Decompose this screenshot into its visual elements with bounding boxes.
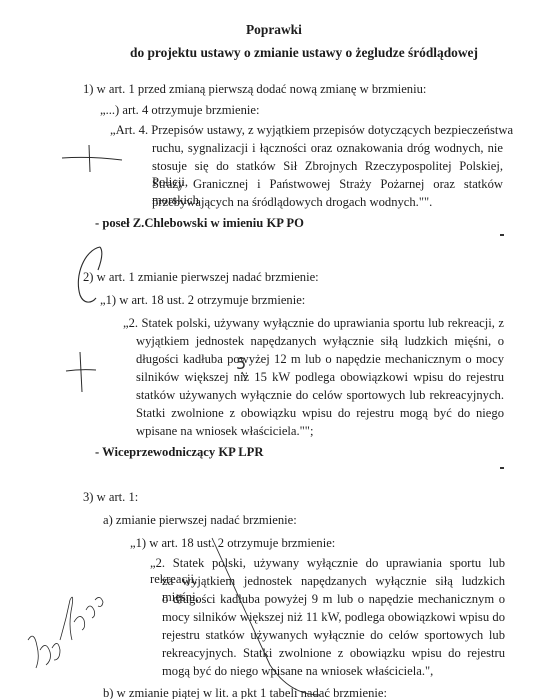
amendment-1-author: - poseł Z.Chlebowski w imieniu KP PO bbox=[95, 215, 304, 231]
document-title: Poprawki bbox=[246, 22, 302, 38]
amendment-3-line: o długości kadłuba powyżej 9 m lub o nap… bbox=[162, 591, 505, 607]
amendment-3-line: rekreacyjnych. Statki zwolnione z obowią… bbox=[162, 645, 505, 661]
amendment-2-intro: 2) w art. 1 zmianie pierwszej nadać brzm… bbox=[83, 269, 319, 285]
amendment-1-line: przebywających na śródlądowych drogach w… bbox=[152, 194, 432, 210]
amendment-1-sub: „...) art. 4 otrzymuje brzmienie: bbox=[100, 102, 259, 118]
amendment-2-line: Statki zwolnione z obowiązku wpisu do re… bbox=[136, 405, 504, 421]
page-dash bbox=[500, 467, 504, 469]
signature-icon bbox=[28, 597, 103, 668]
amendment-3-line: mocy silników większej niż 11 kW, podleg… bbox=[162, 609, 505, 625]
amendment-3-sub: „1) w art. 18 ust. 2 otrzymuje brzmienie… bbox=[130, 535, 335, 551]
amendment-2-line: statków używanych wyłącznie do celów spo… bbox=[136, 387, 504, 403]
amendment-1-line: „Art. 4. Przepisów ustawy, z wyjątkiem p… bbox=[110, 122, 513, 138]
amendment-2-line: długości kadłuba powyżej 12 m lub o napę… bbox=[136, 351, 504, 367]
amendment-1-line: ruchu, sygnalizacji i łączności oraz ozn… bbox=[152, 140, 503, 156]
document-subtitle: do projektu ustawy o zmianie ustawy o że… bbox=[130, 45, 478, 61]
amendment-2-author: - Wiceprzewodniczący KP LPR bbox=[95, 444, 263, 460]
amendment-2-line: wpisane na wniosek właściciela.""; bbox=[136, 423, 313, 439]
amendment-3-line: rejestru statków używanych wyłącznie do … bbox=[162, 627, 505, 643]
page-dash bbox=[500, 234, 504, 236]
amendment-3-a: a) zmianie pierwszej nadać brzmienie: bbox=[103, 512, 297, 528]
plus-mark-icon bbox=[62, 145, 122, 172]
amendment-2-line: silników większej niż 15 kW podlega obow… bbox=[136, 369, 504, 385]
amendment-3-line: mogą być do niego wpisane na wniosek wła… bbox=[162, 663, 433, 679]
amendment-2-line: wyjątkiem jednostek napędzanych wyłączni… bbox=[136, 333, 504, 349]
amendment-3-intro: 3) w art. 1: bbox=[83, 489, 138, 505]
amendment-2-line: „2. Statek polski, używany wyłącznie do … bbox=[123, 315, 504, 331]
document-page: Poprawki do projektu ustawy o zmianie us… bbox=[0, 0, 549, 699]
correction-digit: 5 bbox=[236, 356, 246, 372]
plus-mark-icon bbox=[66, 352, 96, 392]
amendment-2-sub: „1) w art. 18 ust. 2 otrzymuje brzmienie… bbox=[100, 292, 305, 308]
amendment-1-intro: 1) w art. 1 przed zmianą pierwszą dodać … bbox=[83, 81, 426, 97]
amendment-3-b: b) w zmianie piątej w lit. a pkt 1 tabel… bbox=[103, 685, 387, 699]
